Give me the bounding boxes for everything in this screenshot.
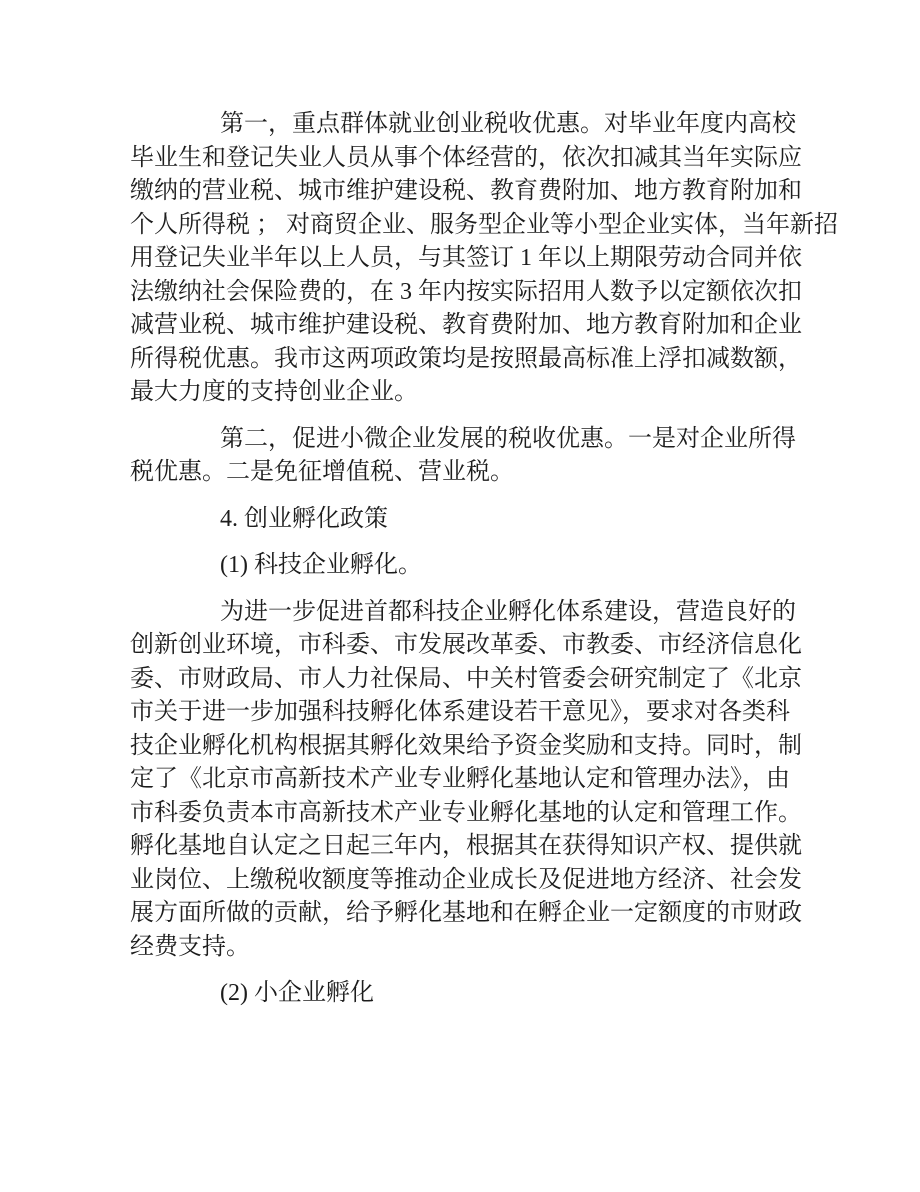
text-line: 经费支持。 <box>130 931 822 965</box>
text-line: 为进一步促进首都科技企业孵化体系建设，营造良好的 <box>130 596 822 630</box>
text-line: 第一，重点群体就业创业税收优惠。对毕业年度内高校 <box>130 108 822 142</box>
text-line: 技企业孵化机构根据其孵化效果给予资金奖励和支持。同时，制 <box>130 730 822 764</box>
text-line: 委、市财政局、市人力社保局、中关村管委会研究制定了《北京 <box>130 663 822 697</box>
text-line: 定了《北京市高新技术产业专业孵化基地认定和管理办法》，由 <box>130 763 822 797</box>
text-line: 第二，促进小微企业发展的税收优惠。一是对企业所得 <box>130 423 822 457</box>
text-line: 市关于进一步加强科技孵化体系建设若干意见》，要求对各类科 <box>130 696 822 730</box>
text-line: 最大力度的支持创业企业。 <box>130 376 822 410</box>
heading-1-tech-enterprise-incubation: (1) 科技企业孵化。 <box>130 549 822 583</box>
text-line: 业岗位、上缴税收额度等推动企业成长及促进地方经济、社会发 <box>130 864 822 898</box>
text-line: 孵化基地自认定之日起三年内，根据其在获得知识产权、提供就 <box>130 830 822 864</box>
para-key-groups-tax-incentive: 第一，重点群体就业创业税收优惠。对毕业年度内高校毕业生和登记失业人员从事个体经营… <box>130 108 822 410</box>
para-tech-incubation-detail: 为进一步促进首都科技企业孵化体系建设，营造良好的创新创业环境，市科委、市发展改革… <box>130 596 822 965</box>
text-line: 法缴纳社会保险费的，在 3 年内按实际招用人数予以定额依次扣 <box>130 276 822 310</box>
heading-2-small-enterprise-incubation: (2) 小企业孵化 <box>130 977 822 1011</box>
para-small-micro-enterprise-tax-incentive: 第二，促进小微企业发展的税收优惠。一是对企业所得税优惠。二是免征增值税、营业税。 <box>130 423 822 490</box>
text-line: 毕业生和登记失业人员从事个体经营的，依次扣减其当年实际应 <box>130 142 822 176</box>
text-line: 市科委负责本市高新技术产业专业孵化基地的认定和管理工作。 <box>130 797 822 831</box>
text-line: 4. 创业孵化政策 <box>130 503 822 537</box>
document-text-block: 第一，重点群体就业创业税收优惠。对毕业年度内高校毕业生和登记失业人员从事个体经营… <box>130 108 822 1011</box>
text-line: 创新创业环境，市科委、市发展改革委、市教委、市经济信息化 <box>130 629 822 663</box>
text-line: 缴纳的营业税、城市维护建设税、教育费附加、地方教育附加和 <box>130 175 822 209</box>
text-line: (2) 小企业孵化 <box>130 977 822 1011</box>
document-page: 第一，重点群体就业创业税收优惠。对毕业年度内高校毕业生和登记失业人员从事个体经营… <box>0 0 920 1192</box>
text-line: 展方面所做的贡献，给予孵化基地和在孵企业一定额度的市财政 <box>130 897 822 931</box>
text-line: 所得税优惠。我市这两项政策均是按照最高标准上浮扣减数额， <box>130 343 822 377</box>
text-line: 个人所得税 ； 对商贸企业、服务型企业等小型企业实体，当年新招 <box>130 209 822 243</box>
text-line: (1) 科技企业孵化。 <box>130 549 822 583</box>
text-line: 用登记失业半年以上人员，与其签订 1 年以上期限劳动合同并依 <box>130 242 822 276</box>
heading-4-incubation-policy: 4. 创业孵化政策 <box>130 503 822 537</box>
text-line: 税优惠。二是免征增值税、营业税。 <box>130 456 822 490</box>
text-line: 减营业税、城市维护建设税、教育费附加、地方教育附加和企业 <box>130 309 822 343</box>
